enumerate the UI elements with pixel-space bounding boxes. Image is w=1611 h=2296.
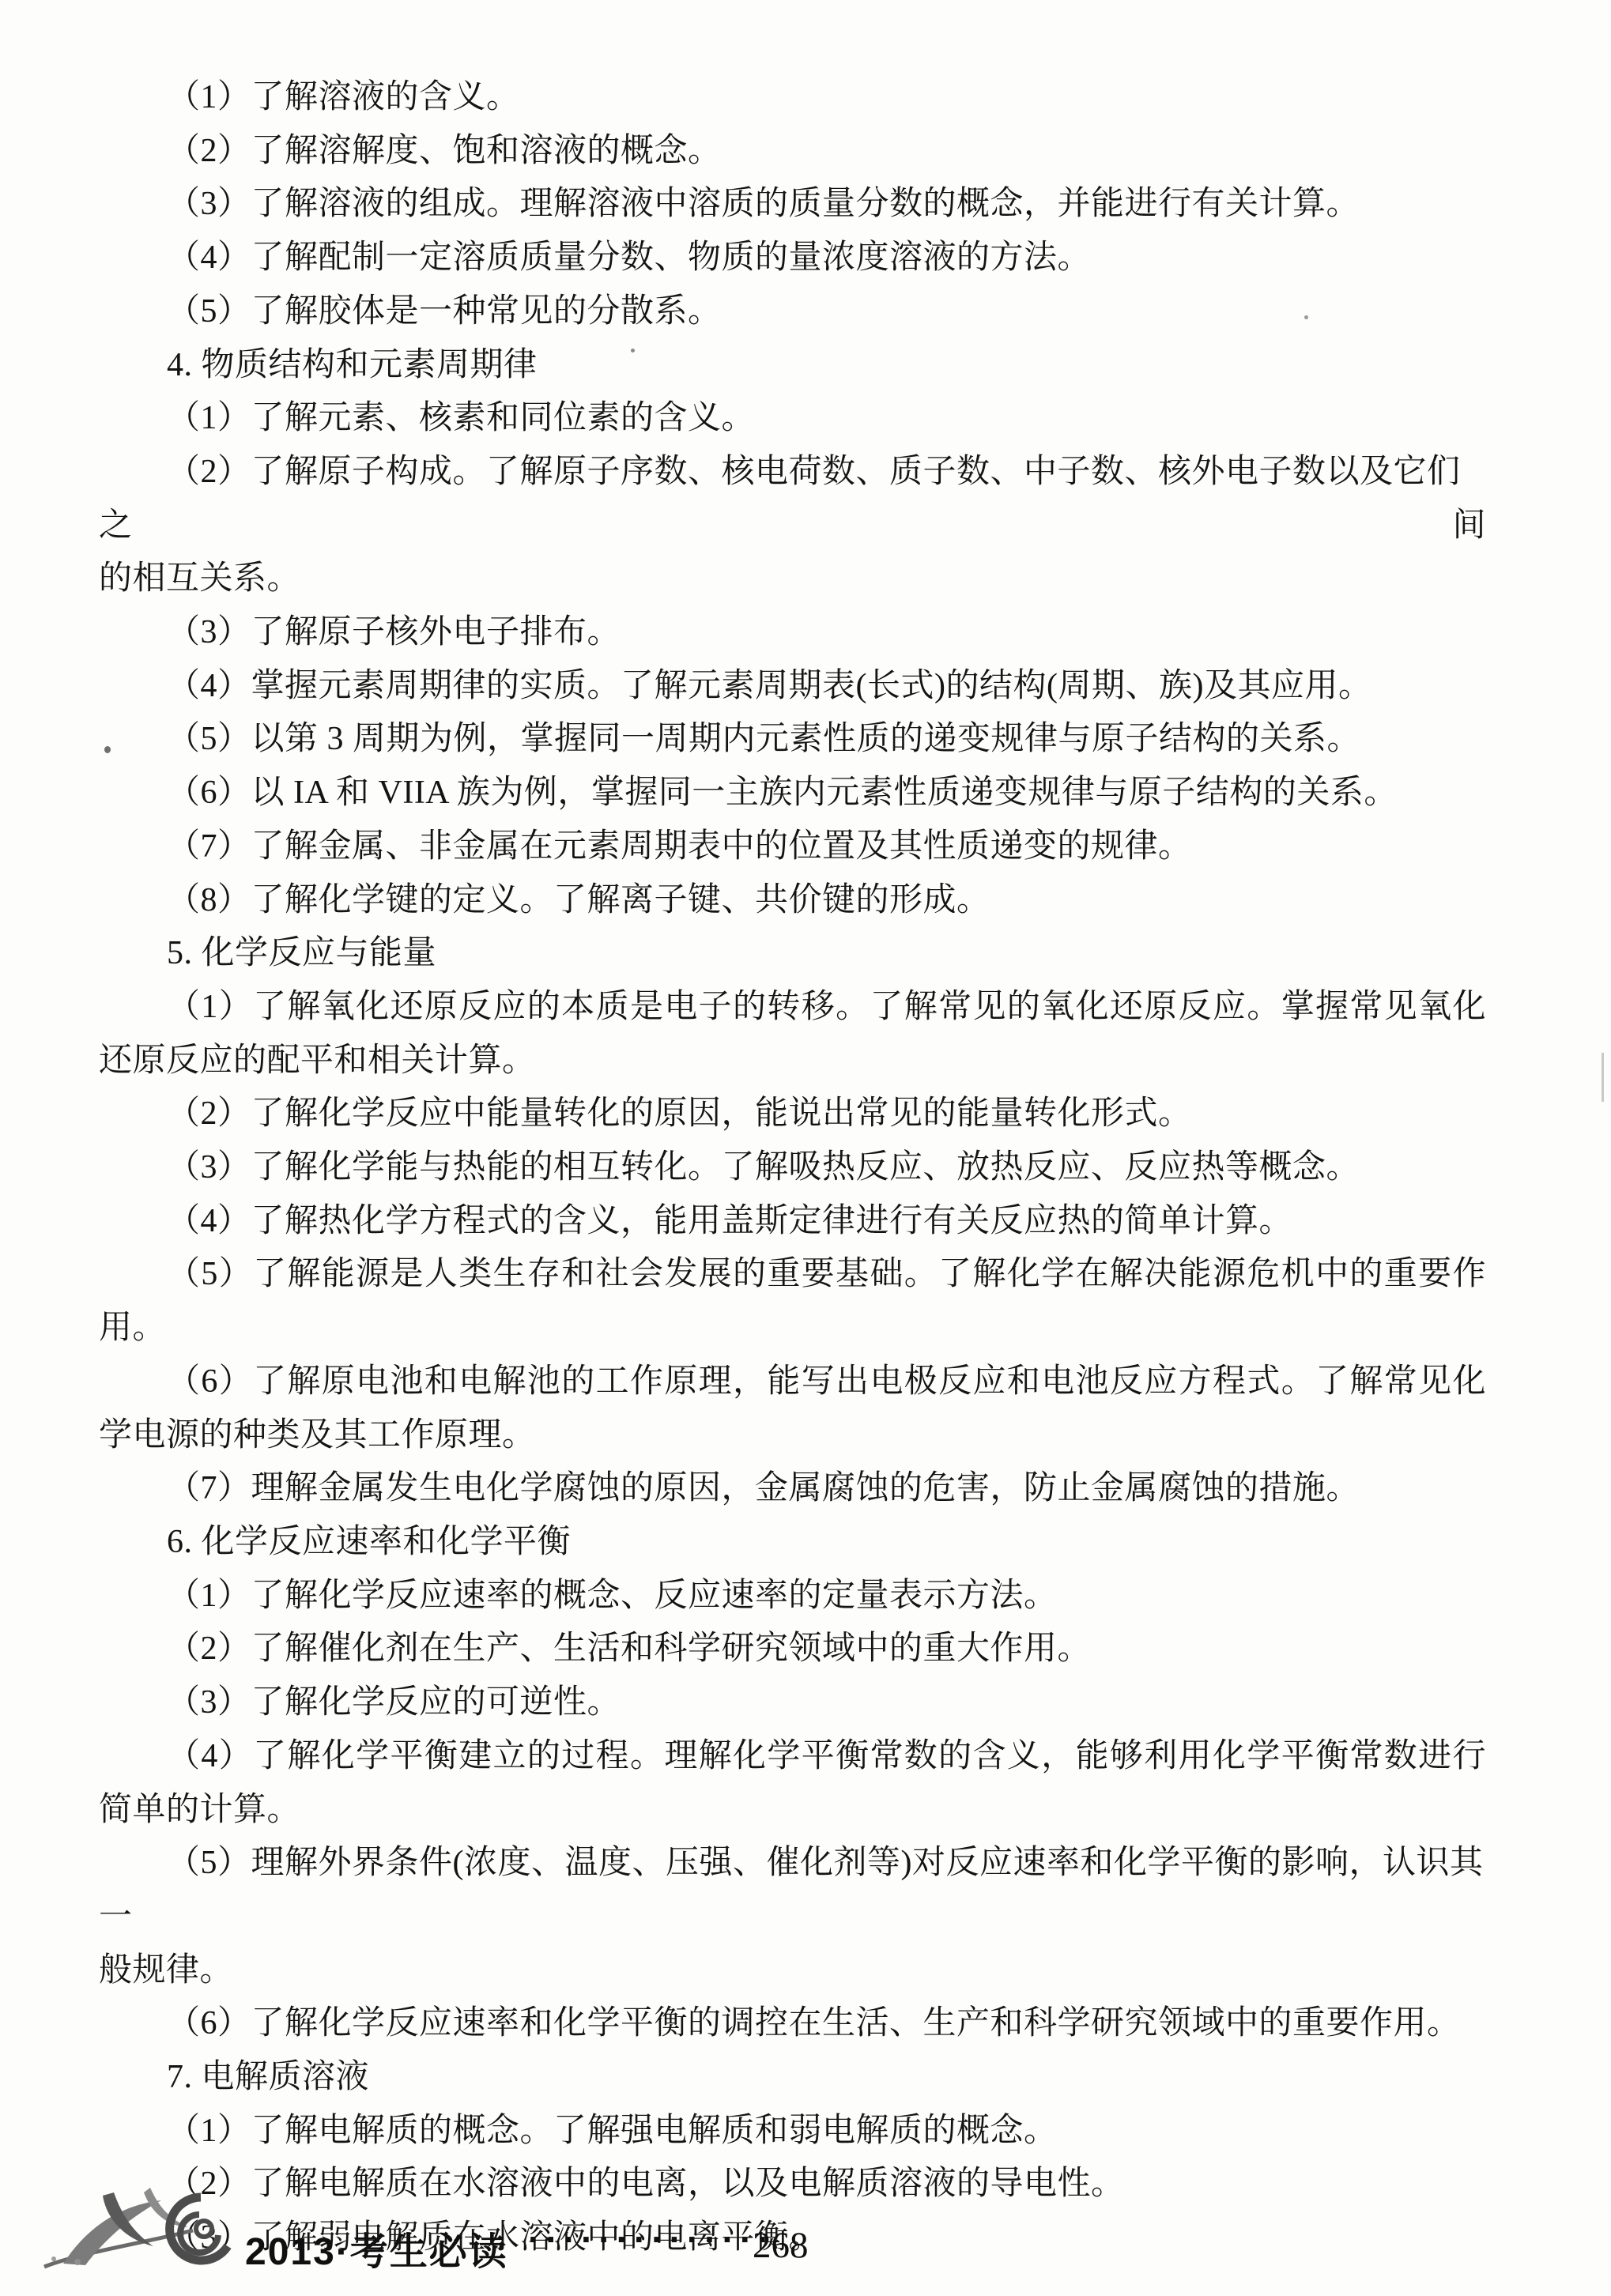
text-line: （6）以 IA 和 VIIA 族为例，掌握同一主族内元素性质递变规律与原子结构的… xyxy=(99,767,1486,820)
text-line: （2）了解溶解度、饱和溶液的概念。 xyxy=(99,125,1486,179)
text-line: （3）了解原子核外电子排布。 xyxy=(99,606,1486,660)
text-line: （7）了解金属、非金属在元素周期表中的位置及其性质递变的规律。 xyxy=(99,820,1486,874)
text-line: （6）了解化学反应速率和化学平衡的调控在生活、生产和科学研究领域中的重要作用。 xyxy=(99,1997,1486,2051)
text-line: （8）了解化学键的定义。了解离子键、共价键的形成。 xyxy=(99,874,1486,928)
scanned-document-page: （1）了解溶液的含义。（2）了解溶解度、饱和溶液的概念。（3）了解溶液的组成。理… xyxy=(0,0,1611,2296)
text-line: （2）了解催化剂在生产、生活和科学研究领域中的重大作用。 xyxy=(99,1623,1486,1676)
text-line: （6）了解原电池和电解池的工作原理，能写出电极反应和电池反应方程式。了解常见化 xyxy=(99,1355,1486,1409)
text-line: （5）了解胶体是一种常见的分散系。 xyxy=(99,285,1486,339)
text-line: （2）了解原子构成。了解原子序数、核电荷数、质子数、中子数、核外电子数以及它们之… xyxy=(99,446,1486,552)
text-line: 学电源的种类及其工作原理。 xyxy=(99,1409,1486,1463)
text-line: 6. 化学反应速率和化学平衡 xyxy=(99,1516,1486,1570)
text-line: （5）了解能源是人类生存和社会发展的重要基础。了解化学在解决能源危机中的重要作 xyxy=(99,1248,1486,1302)
text-line: 般规律。 xyxy=(99,1944,1486,1998)
scan-speck xyxy=(104,746,111,753)
text-line: 的相互关系。 xyxy=(99,552,1486,606)
scan-speck xyxy=(1304,315,1308,319)
scan-speck xyxy=(631,349,635,353)
text-line: （5）以第 3 周期为例，掌握同一周期内元素性质的递变规律与原子结构的关系。 xyxy=(99,713,1486,767)
text-line: （1）了解化学反应速率的概念、反应速率的定量表示方法。 xyxy=(99,1570,1486,1623)
text-line: （3）了解化学反应的可逆性。 xyxy=(99,1676,1486,1730)
text-line: （2）了解化学反应中能量转化的原因，能说出常见的能量转化形式。 xyxy=(99,1088,1486,1141)
text-line: 还原反应的配平和相关计算。 xyxy=(99,1035,1486,1088)
text-line: （1）了解电解质的概念。了解强电解质和弱电解质的概念。 xyxy=(99,2105,1486,2158)
text-line: （1）了解元素、核素和同位素的含义。 xyxy=(99,392,1486,446)
text-line: （3）了解化学能与热能的相互转化。了解吸热反应、放热反应、反应热等概念。 xyxy=(99,1141,1486,1195)
text-line: （5）理解外界条件(浓度、温度、压强、催化剂等)对反应速率和化学平衡的影响，认识… xyxy=(99,1837,1486,1943)
text-line: 7. 电解质溶液 xyxy=(99,2051,1486,2105)
footer-brand: 2013·考生必读 xyxy=(245,2221,508,2275)
scan-smudge xyxy=(1602,1053,1604,1102)
text-line: 用。 xyxy=(99,1302,1486,1355)
text-line: 4. 物质结构和元素周期律 xyxy=(99,339,1486,393)
footer-leader-dots: ·············· xyxy=(528,2218,775,2260)
text-line: 5. 化学反应与能量 xyxy=(99,927,1486,981)
text-line: （7）理解金属发生电化学腐蚀的原因，金属腐蚀的危害，防止金属腐蚀的措施。 xyxy=(99,1462,1486,1516)
text-line: （3）了解溶液的组成。理解溶液中溶质的质量分数的概念，并能进行有关计算。 xyxy=(99,178,1486,232)
text-line: （4）掌握元素周期律的实质。了解元素周期表(长式)的结构(周期、族)及其应用。 xyxy=(99,660,1486,714)
footer-page-number: 268 xyxy=(753,2224,809,2267)
text-lines: （1）了解溶液的含义。（2）了解溶解度、饱和溶液的概念。（3）了解溶液的组成。理… xyxy=(99,71,1486,2265)
text-line: （1）了解溶液的含义。 xyxy=(99,71,1486,125)
text-line: （4）了解配制一定溶质质量分数、物质的量浓度溶液的方法。 xyxy=(99,232,1486,285)
text-line: 简单的计算。 xyxy=(99,1784,1486,1838)
text-line: （4）了解化学平衡建立的过程。理解化学平衡常数的含义，能够利用化学平衡常数进行 xyxy=(99,1730,1486,1784)
page-footer: 2013·考生必读 ·············· 268 xyxy=(0,2166,1611,2276)
floral-ornament-icon xyxy=(41,2170,240,2271)
text-line: （1）了解氧化还原反应的本质是电子的转移。了解常见的氧化还原反应。掌握常见氧化 xyxy=(99,981,1486,1035)
text-line: （4）了解热化学方程式的含义，能用盖斯定律进行有关反应热的简单计算。 xyxy=(99,1195,1486,1249)
